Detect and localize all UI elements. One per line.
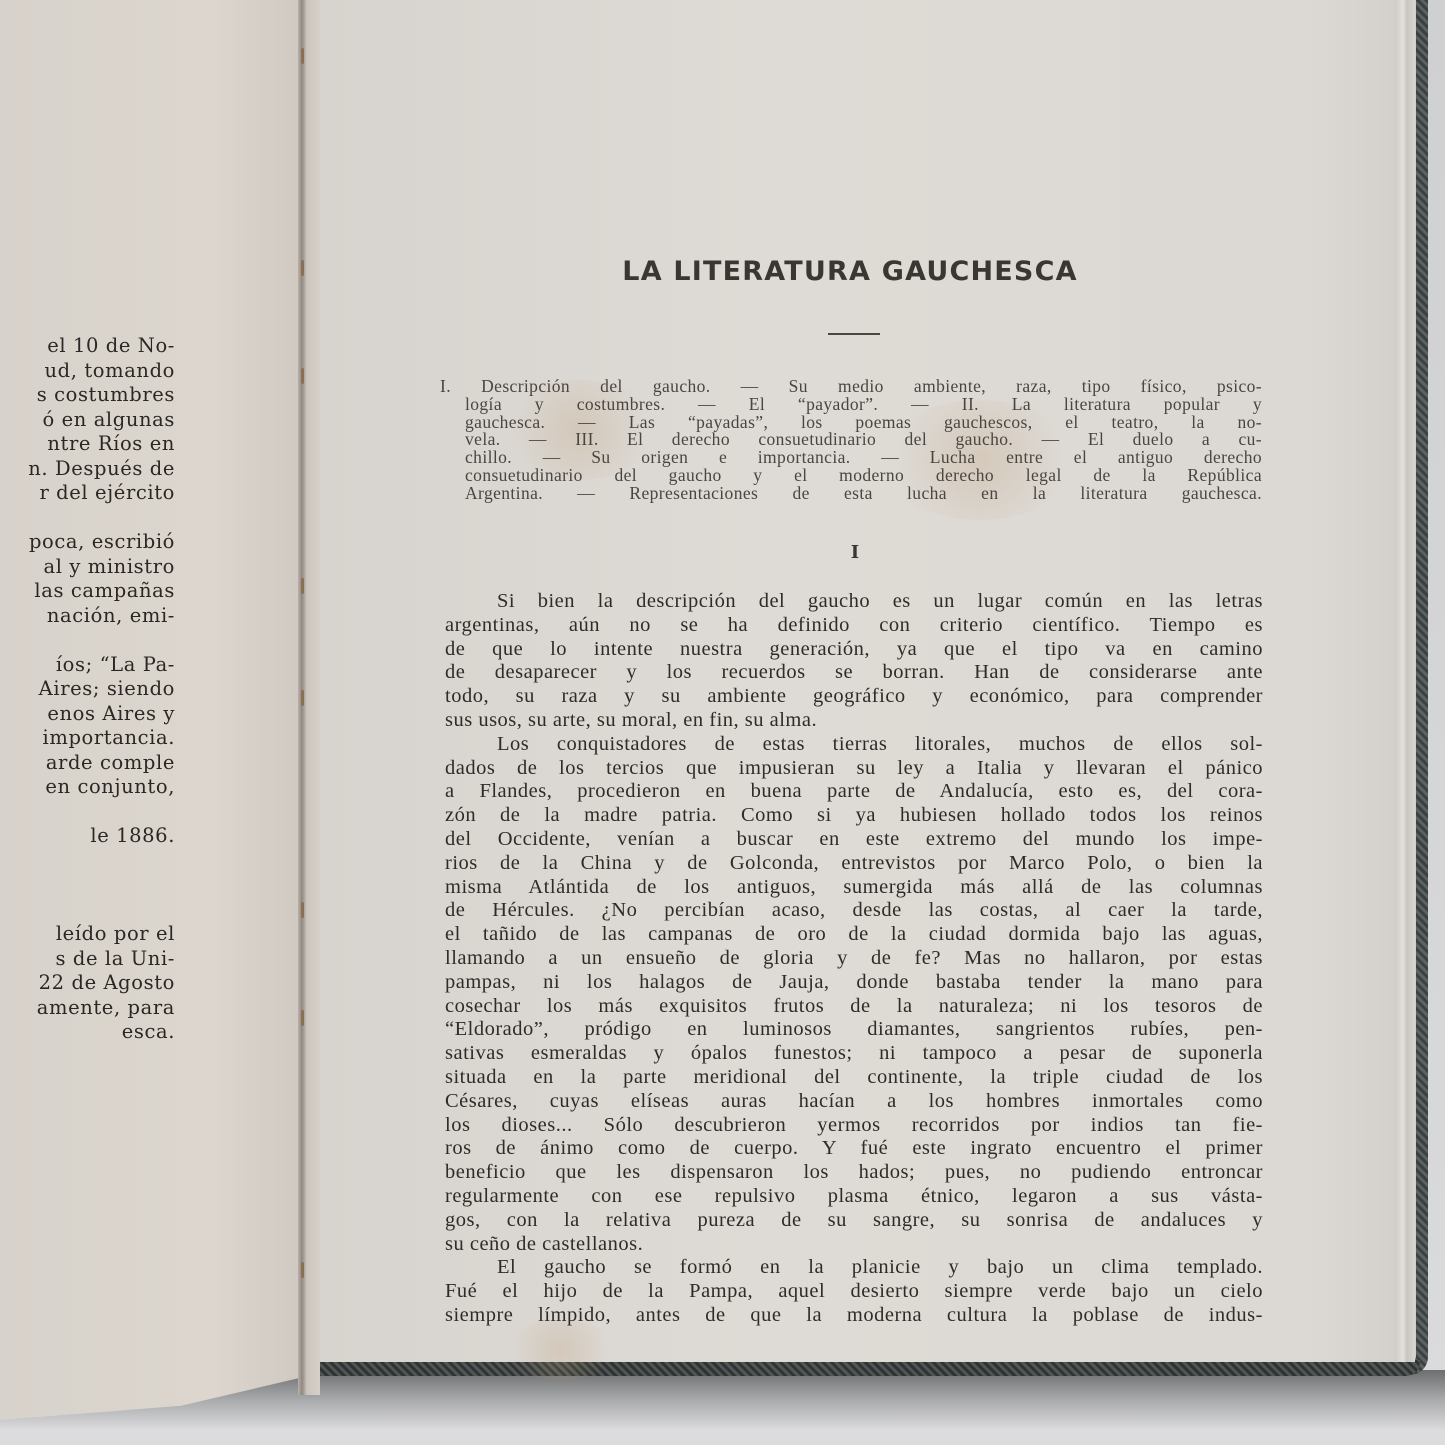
body-line: situada en la parte meridional del conti… xyxy=(445,1066,1263,1090)
left-page-line xyxy=(0,800,175,825)
body-line: siempre límpido, antes de que la moderna… xyxy=(445,1304,1263,1328)
body-line: sativas esmeraldas y ópalos funestos; ni… xyxy=(445,1042,1263,1066)
body-line: zón de la madre patria. Como si ya hubie… xyxy=(445,804,1263,828)
body-line: el tañido de las campanas de oro de la c… xyxy=(445,923,1263,947)
paper-stain xyxy=(500,1320,620,1380)
binding-stitch xyxy=(301,260,304,276)
body-line: llamando a un ensueño de gloria y de fe?… xyxy=(445,947,1263,971)
body-line: de que lo intente nuestra generación, ya… xyxy=(445,638,1263,662)
left-page-line: importancia. xyxy=(0,726,175,751)
binding-stitch xyxy=(301,48,304,64)
binding-stitch xyxy=(301,690,304,706)
body-line: rios de la China y de Golconda, entrevis… xyxy=(445,852,1263,876)
chapter-summary: I. Descripción del gaucho. — Su medio am… xyxy=(440,378,1262,503)
left-page-line: arde comple xyxy=(0,751,175,776)
body-line: Césares, cuyas elíseas auras hacían a lo… xyxy=(445,1090,1263,1114)
left-page-line: ntre Ríos en xyxy=(0,432,175,457)
body-line: a Flandes, procedieron en buena parte de… xyxy=(445,780,1263,804)
left-page-line: al y ministro xyxy=(0,555,175,580)
left-page-line: 22 de Agosto xyxy=(0,971,175,996)
summary-line: Argentina. — Representaciones de esta lu… xyxy=(440,485,1262,503)
body-line: pampas, ni los halagos de Jauja, donde b… xyxy=(445,971,1263,995)
body-line: El gaucho se formó en la planicie y bajo… xyxy=(445,1256,1263,1280)
left-page-line xyxy=(0,849,175,874)
left-page-line: amente, para xyxy=(0,996,175,1021)
body-line: Fué el hijo de la Pampa, aquel desierto … xyxy=(445,1280,1263,1304)
left-page-line xyxy=(0,506,175,531)
body-line: de Hércules. ¿No percibían acaso, desde … xyxy=(445,899,1263,923)
binding-stitch xyxy=(301,1010,304,1026)
body-line: ros de ánimo como de cuerpo. Y fué este … xyxy=(445,1137,1263,1161)
left-page-line: poca, escribió xyxy=(0,530,175,555)
left-page-line: esca. xyxy=(0,1020,175,1045)
title-rule xyxy=(828,333,880,335)
left-page-line xyxy=(0,873,175,898)
book-cover-bottom-edge xyxy=(300,1360,1420,1376)
left-page-line: le 1886. xyxy=(0,824,175,849)
summary-line: logía y costumbres. — El “payador”. — II… xyxy=(440,396,1262,414)
chapter-title: LA LITERATURA GAUCHESCA xyxy=(560,256,1140,287)
body-line: de desaparecer y los recuerdos se borran… xyxy=(445,661,1263,685)
left-page-line: nación, emi- xyxy=(0,604,175,629)
left-page-line: íos; “La Pa- xyxy=(0,653,175,678)
body-line: cosechar los más exquisitos frutos de la… xyxy=(445,995,1263,1019)
binding-stitch xyxy=(301,368,304,384)
body-line: sus usos, su arte, su moral, en fin, su … xyxy=(445,709,1263,733)
left-page-line: s de la Uni- xyxy=(0,947,175,972)
left-page-text: el 10 de No-ud, tomandos costumbresó en … xyxy=(0,334,175,1045)
body-line: argentinas, aún no se ha definido con cr… xyxy=(445,614,1263,638)
body-line: su ceño de castellanos. xyxy=(445,1233,1263,1257)
left-page-line xyxy=(0,628,175,653)
body-line: los dioses... Sólo descubrieron yermos r… xyxy=(445,1114,1263,1138)
left-page-line xyxy=(0,898,175,923)
body-line: Los conquistadores de estas tierras lito… xyxy=(445,733,1263,757)
body-line: misma Atlántida de los antiguos, sumergi… xyxy=(445,876,1263,900)
left-page-line: ó en algunas xyxy=(0,408,175,433)
left-page-line: n. Después de xyxy=(0,457,175,482)
body-line: regularmente con ese repulsivo plasma ét… xyxy=(445,1185,1263,1209)
section-number: I xyxy=(845,542,865,563)
binding-stitch xyxy=(301,902,304,918)
body-line: dados de los tercios que impusieran su l… xyxy=(445,757,1263,781)
binding-stitch xyxy=(301,578,304,594)
left-page-line: r del ejército xyxy=(0,481,175,506)
body-line: gos, con la relativa pureza de su sangre… xyxy=(445,1209,1263,1233)
body-line: del Occidente, venían a buscar en este e… xyxy=(445,828,1263,852)
left-page-line: las campañas xyxy=(0,579,175,604)
body-line: Si bien la descripción del gaucho es un … xyxy=(445,590,1263,614)
binding-stitch xyxy=(301,1262,304,1278)
body-line: todo, su raza y su ambiente geográfico y… xyxy=(445,685,1263,709)
body-line: “Eldorado”, pródigo en luminosos diamant… xyxy=(445,1018,1263,1042)
body-line: beneficio que les dispensaron los hados;… xyxy=(445,1161,1263,1185)
left-page-line: leído por el xyxy=(0,922,175,947)
left-page-line: enos Aires y xyxy=(0,702,175,727)
body-text: Si bien la descripción del gaucho es un … xyxy=(445,590,1263,1328)
left-page-line: el 10 de No- xyxy=(0,334,175,359)
left-page-line: en conjunto, xyxy=(0,775,175,800)
left-page-line: Aires; siendo xyxy=(0,677,175,702)
page-fore-edge xyxy=(1395,0,1415,1362)
left-page-line: ud, tomando xyxy=(0,359,175,384)
left-page-line: s costumbres xyxy=(0,383,175,408)
